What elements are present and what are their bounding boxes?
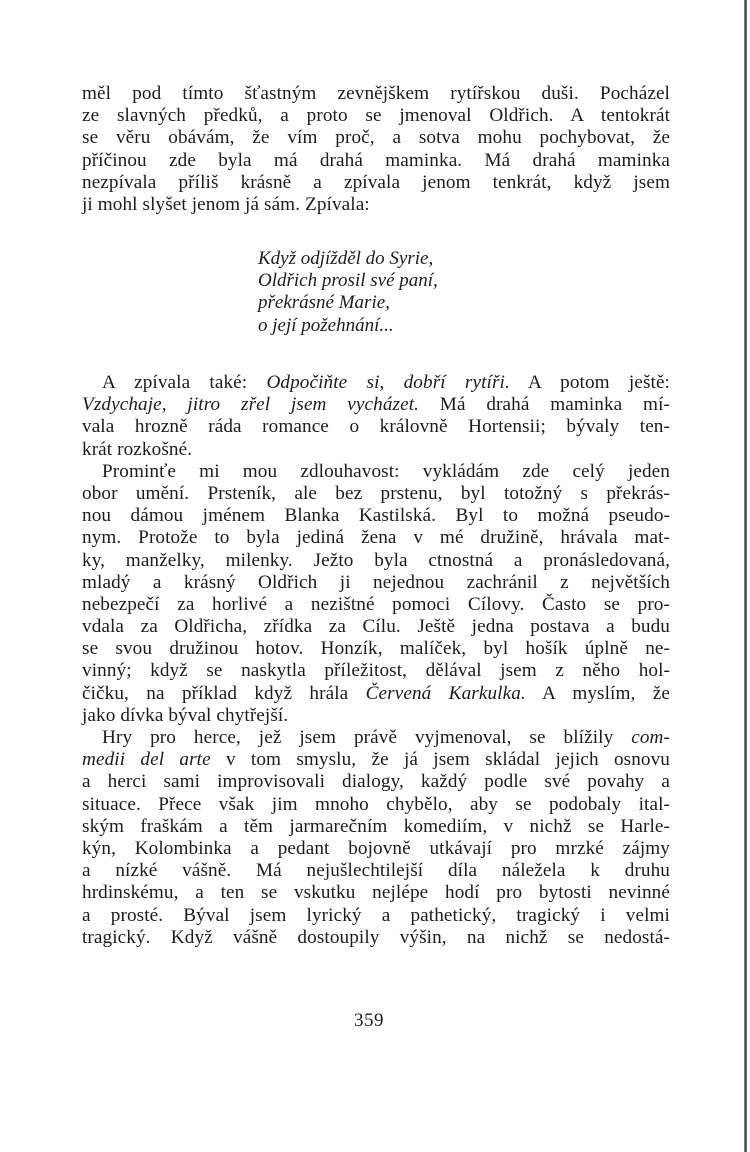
text-run: A zpívala také: (102, 372, 266, 393)
text-line: nebezpečí za horlivé a nezištné pomoci C… (82, 594, 670, 616)
text-line: Vzdychaje, jitro zřel jsem vycházet. Má … (82, 394, 670, 416)
text-line: čičku, na příklad když hrála Červená Kar… (82, 683, 670, 705)
text-line: vinný; když se naskytla příležitost, děl… (82, 660, 670, 682)
text-line: krát rozkošné. (82, 439, 670, 461)
text-line: obor umění. Prsteník, ale bez prstenu, b… (82, 483, 670, 505)
text-line: ským fraškám a těm jarmarečním komediím,… (82, 816, 670, 838)
text-run: Má drahá maminka mí- (419, 394, 670, 415)
verse-line: Když odjížděl do Syrie, (258, 248, 438, 270)
verse-line: Oldřich prosil své paní, (258, 270, 438, 292)
text-line: A zpívala také: Odpočiňte si, dobří rytí… (82, 372, 670, 394)
text-run: v tom smyslu, že já jsem skládal jejich … (211, 749, 670, 770)
text-run: A myslím, že (526, 683, 670, 704)
page-edge-line (744, 0, 747, 1152)
text-line: a herci sami improvisovali dialogy, každ… (82, 771, 670, 793)
text-line: nym. Protože to byla jediná žena v mé dr… (82, 527, 670, 549)
verse-quote: Když odjížděl do Syrie, Oldřich prosil s… (258, 248, 438, 337)
text-line: vala hrozně ráda romance o královně Hort… (82, 416, 670, 438)
text-line: mladý a krásný Oldřich ji nejednou zachr… (82, 572, 670, 594)
text-line: a prosté. Býval jsem lyrický a pathetick… (82, 905, 670, 927)
text-run: Hry pro herce, jež jsem právě vyjmenoval… (102, 727, 631, 748)
verse-line: překrásné Marie, (258, 292, 438, 314)
text-line: se svou družinou hotov. Honzík, malíček,… (82, 638, 670, 660)
text-line: a nízké vášně. Má nejušlechtilejší díla … (82, 860, 670, 882)
text-line: se věru obávám, že vím proč, a sotva moh… (82, 127, 670, 149)
text-line: vdala za Oldřicha, zřídka za Cílu. Ještě… (82, 616, 670, 638)
text-line: příčinou zde byla má drahá maminka. Má d… (82, 150, 670, 172)
genre-term: medii del arte (82, 749, 211, 770)
page-number: 359 (354, 1010, 384, 1032)
text-line: Prominťe mi mou zdlouhavost: vykládám zd… (82, 461, 670, 483)
play-title: Červená Karkulka. (366, 683, 526, 704)
text-line: měl pod tímto šťastným zevnějškem rytířs… (82, 83, 670, 105)
song-title: Vzdychaje, jitro zřel jsem vycházet. (82, 394, 419, 415)
text-line: kýn, Kolombinka a pedant bojovně utkávaj… (82, 838, 670, 860)
text-line: ze slavných předků, a proto se jmenoval … (82, 105, 670, 127)
text-line: Hry pro herce, jež jsem právě vyjmenoval… (82, 727, 670, 749)
text-line: nou dámou jménem Blanka Kastilská. Byl t… (82, 505, 670, 527)
text-line: situace. Přece však jim mnoho chybělo, a… (82, 794, 670, 816)
verse-line: o její požehnání... (258, 315, 438, 337)
body-text: A zpívala také: Odpočiňte si, dobří rytí… (82, 372, 670, 949)
text-run: A potom ještě: (510, 372, 670, 393)
paragraph-1: měl pod tímto šťastným zevnějškem rytířs… (82, 83, 670, 216)
text-run: čičku, na příklad když hrála (82, 683, 366, 704)
text-line: medii del arte v tom smyslu, že já jsem … (82, 749, 670, 771)
text-line: nezpívala příliš krásně a zpívala jenom … (82, 172, 670, 194)
text-line: hrdinskému, a ten se vskutku nejlépe hod… (82, 882, 670, 904)
book-page: měl pod tímto šťastným zevnějškem rytířs… (0, 0, 750, 1152)
text-line: ji mohl slyšet jenom já sám. Zpívala: (82, 194, 670, 216)
genre-term: com- (631, 727, 670, 748)
song-title: Odpočiňte si, dobří rytíři. (266, 372, 509, 393)
text-line: jako dívka býval chytřejší. (82, 705, 670, 727)
text-line: tragický. Když vášně dostoupily výšin, n… (82, 927, 670, 949)
text-line: ky, manželky, milenky. Ježto byla ctnost… (82, 550, 670, 572)
